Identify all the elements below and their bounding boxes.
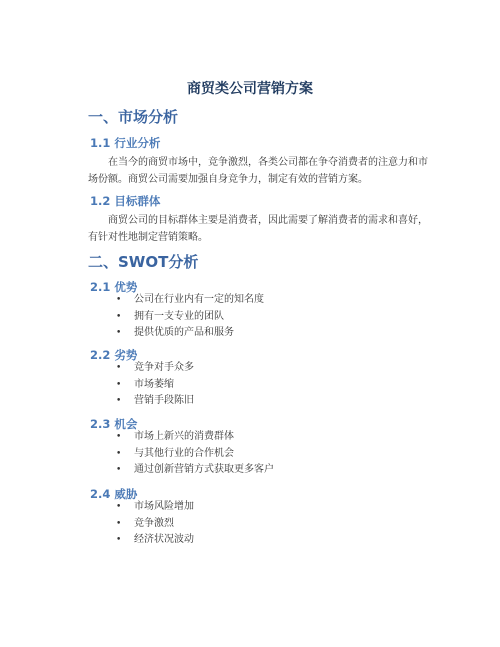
bullet-icon: • xyxy=(116,446,121,463)
weaknesses-list: •竞争对手众多 •市场萎缩 •营销手段陈旧 xyxy=(116,360,194,410)
list-item: •与其他行业的合作机会 xyxy=(116,446,274,463)
paragraph-target-group: 商贸公司的目标群体主要是消费者，因此需要了解消费者的需求和喜好，有针对性地制定营… xyxy=(88,212,428,246)
document-page: 商贸类公司营销方案 一、市场分析 1.1 行业分析 在当今的商贸市场中，竞争激烈… xyxy=(0,0,500,647)
list-item: •经济状况波动 xyxy=(116,532,194,549)
section-heading-market-analysis: 一、市场分析 xyxy=(88,106,178,127)
list-item: •提供优质的产品和服务 xyxy=(116,325,264,342)
bullet-icon: • xyxy=(116,292,121,309)
bullet-icon: • xyxy=(116,325,121,342)
bullet-icon: • xyxy=(116,532,121,549)
bullet-icon: • xyxy=(116,309,121,326)
paragraph-industry-analysis: 在当今的商贸市场中，竞争激烈，各类公司都在争夺消费者的注意力和市场份额。商贸公司… xyxy=(88,154,428,188)
strengths-list: •公司在行业内有一定的知名度 •拥有一支专业的团队 •提供优质的产品和服务 xyxy=(116,292,264,342)
subsection-heading-industry-analysis: 1.1 行业分析 xyxy=(90,135,160,151)
bullet-icon: • xyxy=(116,499,121,516)
list-item: •市场上新兴的消费群体 xyxy=(116,429,274,446)
section-heading-swot: 二、SWOT分析 xyxy=(88,251,198,272)
list-item: •竞争对手众多 xyxy=(116,360,194,377)
list-item: •市场风险增加 xyxy=(116,499,194,516)
bullet-icon: • xyxy=(116,462,121,479)
list-item: •营销手段陈旧 xyxy=(116,393,194,410)
threats-list: •市场风险增加 •竞争激烈 •经济状况波动 xyxy=(116,499,194,549)
list-item: •通过创新营销方式获取更多客户 xyxy=(116,462,274,479)
bullet-icon: • xyxy=(116,377,121,394)
document-title: 商贸类公司营销方案 xyxy=(0,78,500,98)
bullet-icon: • xyxy=(116,516,121,533)
list-item: •公司在行业内有一定的知名度 xyxy=(116,292,264,309)
bullet-icon: • xyxy=(116,393,121,410)
opportunities-list: •市场上新兴的消费群体 •与其他行业的合作机会 •通过创新营销方式获取更多客户 xyxy=(116,429,274,479)
list-item: •拥有一支专业的团队 xyxy=(116,309,264,326)
bullet-icon: • xyxy=(116,360,121,377)
bullet-icon: • xyxy=(116,429,121,446)
subsection-heading-target-group: 1.2 目标群体 xyxy=(90,193,160,209)
list-item: •竞争激烈 xyxy=(116,516,194,533)
list-item: •市场萎缩 xyxy=(116,377,194,394)
